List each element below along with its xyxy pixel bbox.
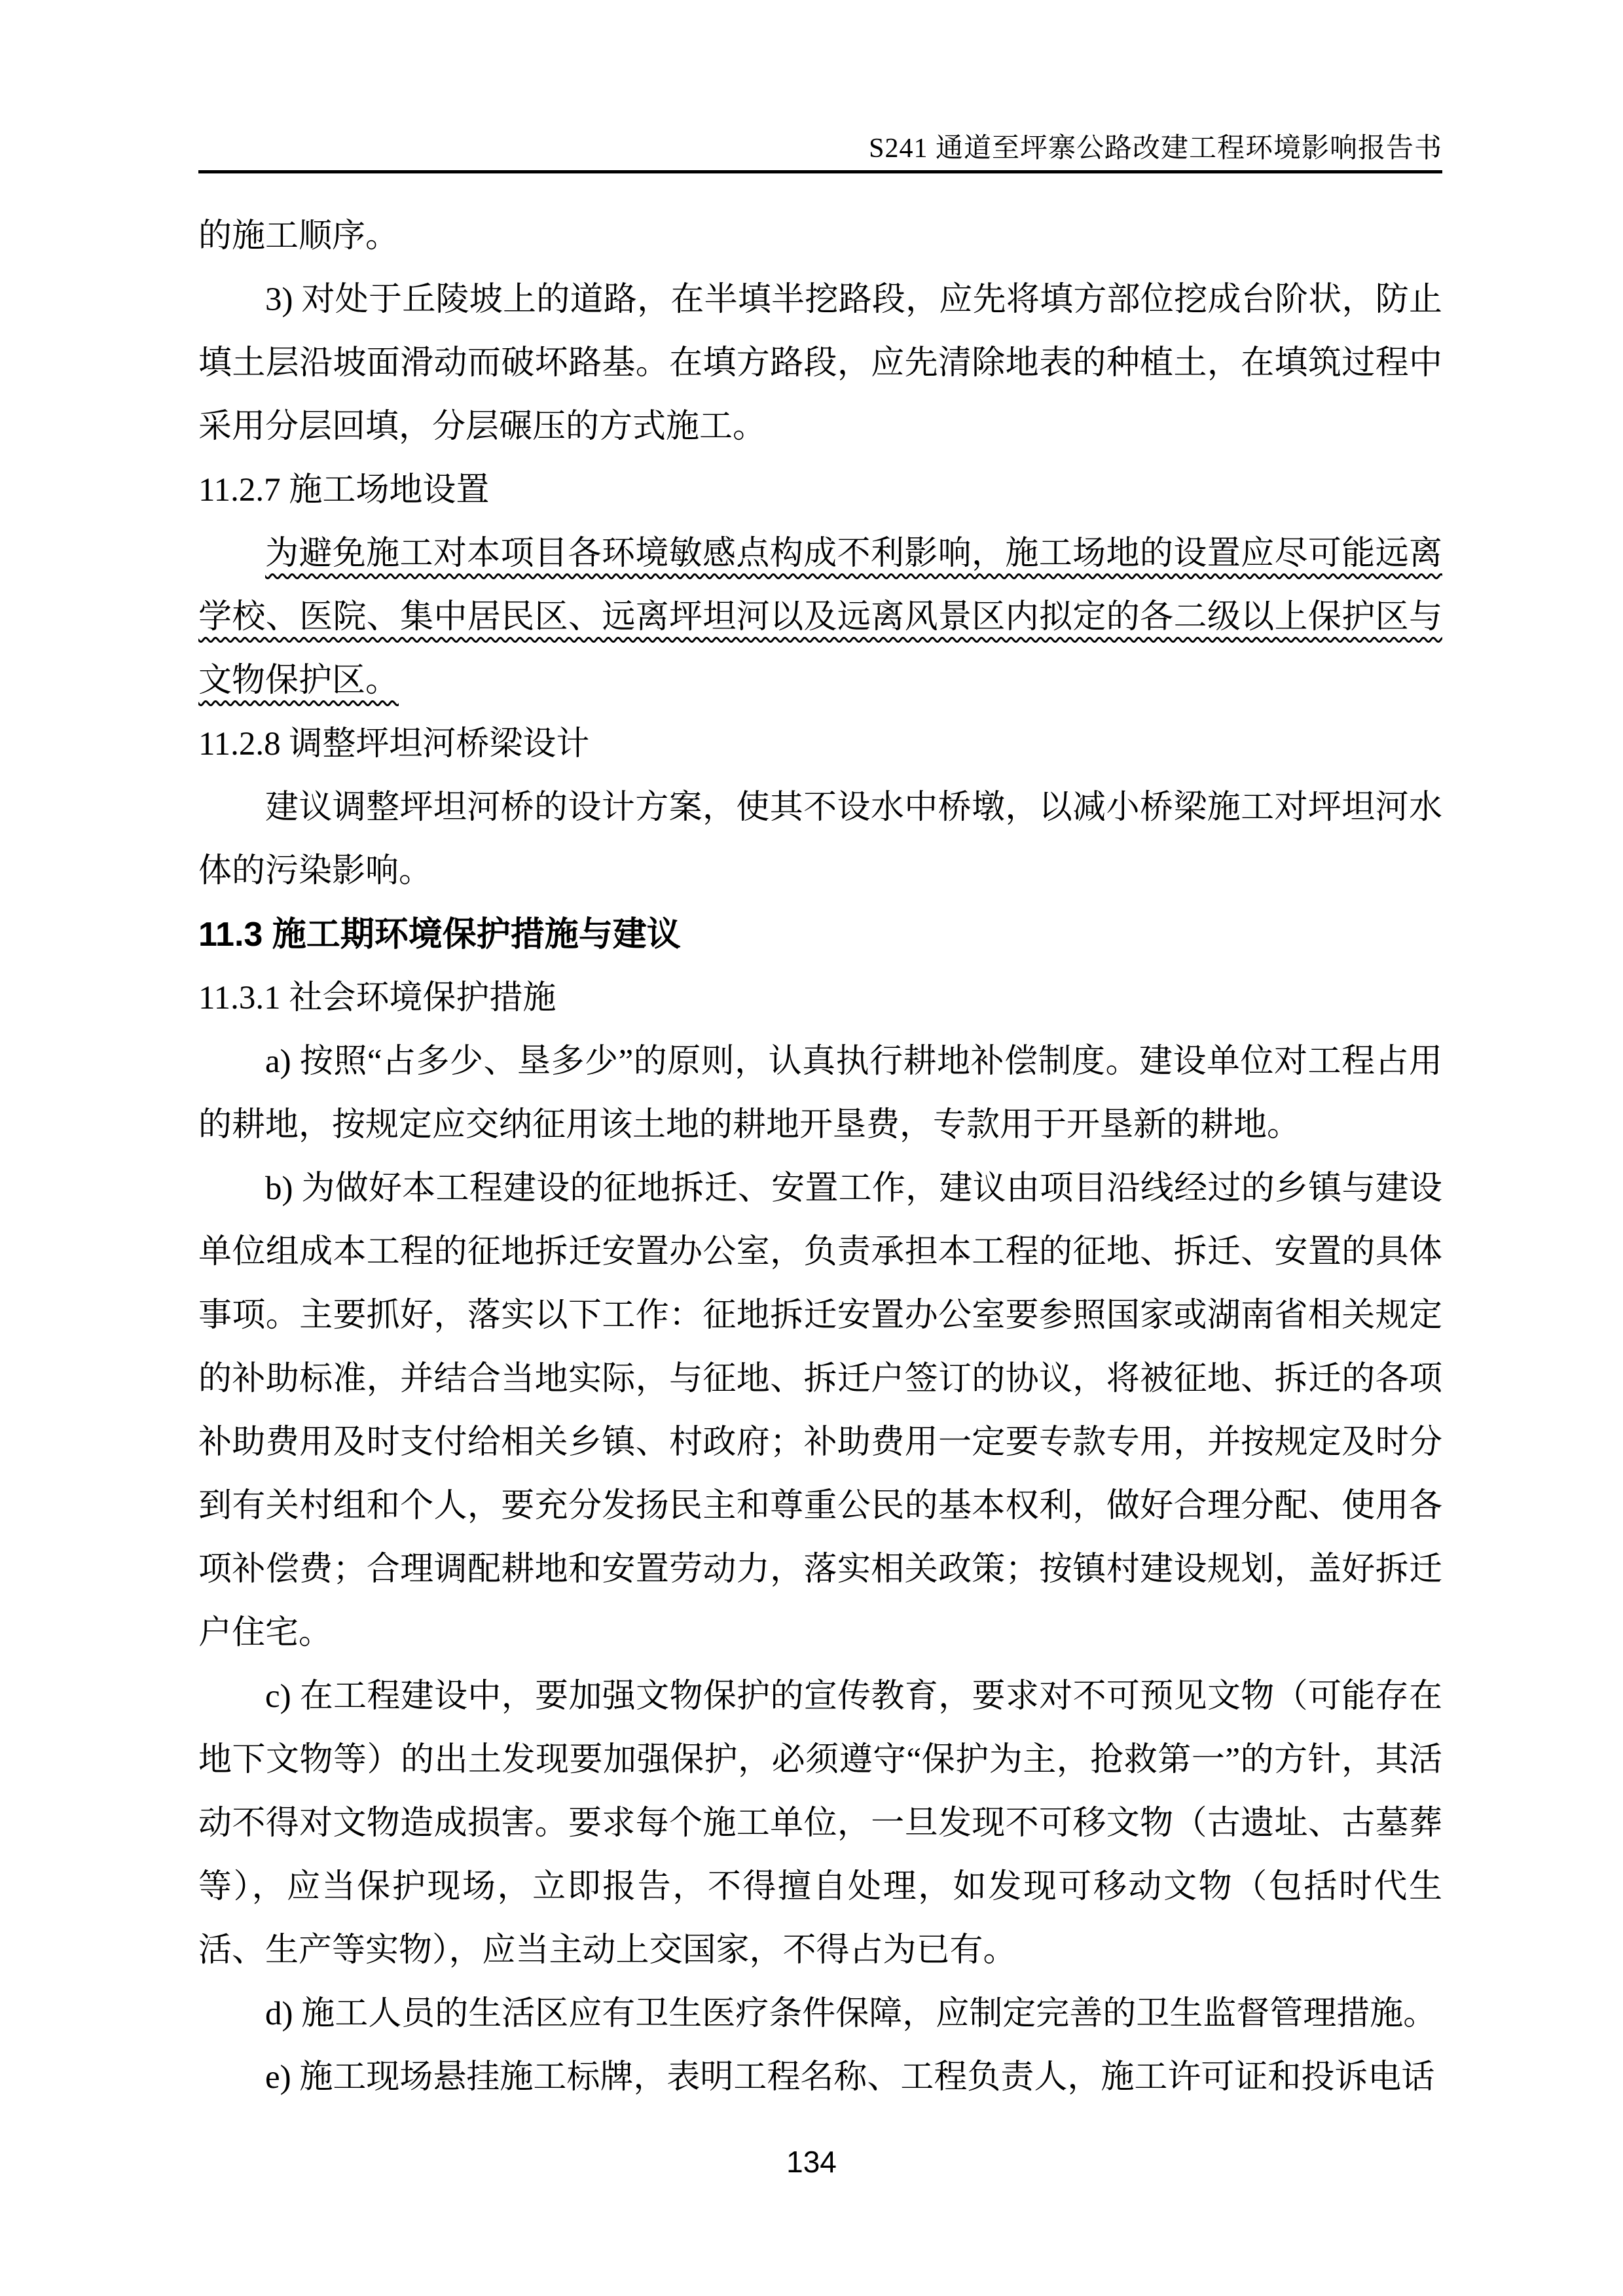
- list-item-b-paragraph: b) 为做好本工程建设的征地拆迁、安置工作，建议由项目沿线经过的乡镇与建设单位组…: [198, 1157, 1442, 1665]
- list-item-c-paragraph: c) 在工程建设中，要加强文物保护的宣传教育，要求对不可预见文物（可能存在地下文…: [198, 1665, 1442, 1982]
- site-setup-paragraph: 为避免施工对本项目各环境敏感点构成不利影响，施工场地的设置应尽可能远离学校、医院…: [198, 522, 1442, 713]
- document-page: S241 通道至坪寨公路改建工程环境影响报告书 的施工顺序。 3) 对处于丘陵坡…: [0, 0, 1623, 2296]
- continuation-paragraph: 的施工顺序。: [198, 205, 1442, 268]
- page-header: S241 通道至坪寨公路改建工程环境影响报告书: [198, 122, 1442, 173]
- list-item-e-paragraph: e) 施工现场悬挂施工标牌，表明工程名称、工程负责人，施工许可证和投诉电话: [198, 2046, 1442, 2109]
- section-heading-11-3: 11.3 施工期环境保护措施与建议: [198, 903, 1442, 967]
- section-heading-11-3-1: 11.3.1 社会环境保护措施: [198, 967, 1442, 1030]
- document-body: 的施工顺序。 3) 对处于丘陵坡上的道路，在半填半挖路段，应先将填方部位挖成台阶…: [198, 205, 1442, 2109]
- section-heading-11-2-7: 11.2.7 施工场地设置: [198, 459, 1442, 522]
- list-item-3-paragraph: 3) 对处于丘陵坡上的道路，在半填半挖路段，应先将填方部位挖成台阶状，防止填土层…: [198, 268, 1442, 459]
- report-title: S241 通道至坪寨公路改建工程环境影响报告书: [869, 126, 1442, 166]
- list-item-d-paragraph: d) 施工人员的生活区应有卫生医疗条件保障，应制定完善的卫生监督管理措施。: [198, 1982, 1442, 2046]
- page-footer: 134: [0, 2144, 1623, 2179]
- bridge-design-paragraph: 建议调整坪坦河桥的设计方案，使其不设水中桥墩，以减小桥梁施工对坪坦河水体的污染影…: [198, 776, 1442, 903]
- page-number: 134: [786, 2145, 837, 2179]
- list-item-a-paragraph: a) 按照“占多少、垦多少”的原则，认真执行耕地补偿制度。建设单位对工程占用的耕…: [198, 1030, 1442, 1157]
- section-heading-11-2-8: 11.2.8 调整坪坦河桥梁设计: [198, 713, 1442, 776]
